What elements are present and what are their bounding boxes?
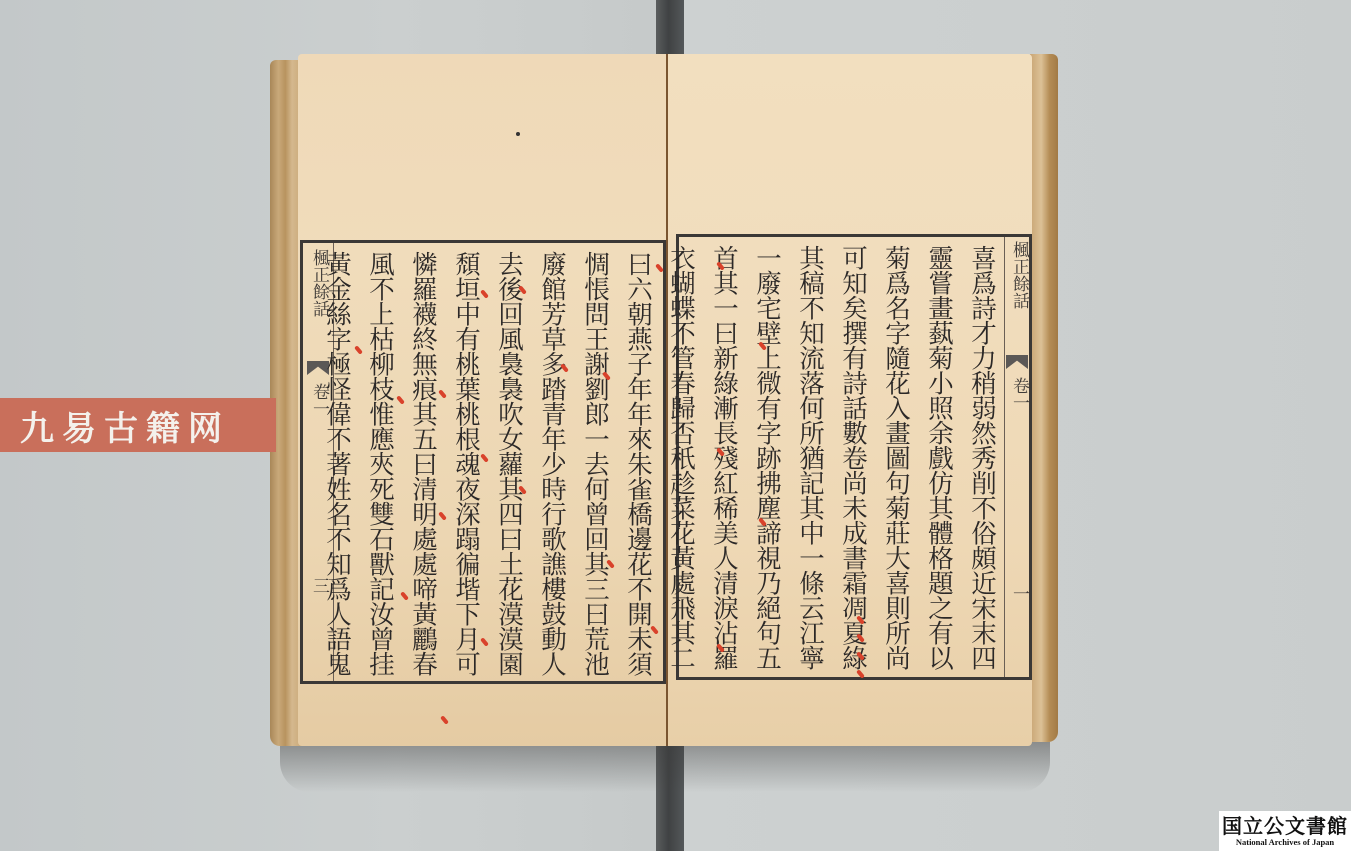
right-page-columns: 喜爲詩才力稍弱然秀削不俗頗近宋末四 靈嘗畫蓺菊小照余戲仿其體格題之有以 菊爲名字… (683, 245, 1003, 671)
left-page-columns: 曰六朝燕子年年來朱雀橋邊花不開未須 惆悵問王謝劉郎一去何曾回其三曰荒池 廢館芳草… (341, 251, 659, 675)
text-column: 首其一曰新綠漸長殘紅稀美人清淚沾羅 (702, 245, 745, 671)
margin-page-number: 一 (1007, 585, 1032, 602)
book-shadow (280, 742, 1050, 792)
text-column: 一廢宅壁上微有字跡拂塵諦視乃絕句五 (745, 245, 788, 671)
text-column: 衣蝴蝶不管春歸否秖趁菜花黃處飛其二 (659, 245, 702, 671)
archive-logo-title-en: National Archives of Japan (1236, 837, 1334, 848)
left-page-text-frame: 楓正餘話 卷一 三 曰六朝燕子年年來朱雀橋邊花不開未須 惆悵問王謝劉郎一去何曾回… (300, 240, 666, 684)
text-column: 惆悵問王謝劉郎一去何曾回其三曰荒池 (573, 251, 616, 675)
fishtail-mark-icon (1006, 355, 1028, 369)
text-column: 頹垣中有桃葉桃根魂夜深蹋徧堦下月可 (444, 251, 487, 675)
right-margin-column: 楓正餘話 卷一 一 (1004, 237, 1029, 677)
archive-logo: 国立公文書館 National Archives of Japan (1219, 811, 1351, 851)
watermark-text: 九易古籍网 (20, 401, 230, 450)
text-column: 憐羅襪終無痕其五曰清明處處啼黃鸝春 (401, 251, 444, 675)
text-column: 可知矣撰有詩話數卷尚未成書霜凋夏綠 (831, 245, 874, 671)
text-column: 黃金絲字極怪偉不著姓名不知爲人語鬼 (315, 251, 358, 675)
watermark-badge: 九易古籍网 (0, 398, 276, 452)
text-column: 菊爲名字隨花入畫圖句菊莊大喜則所尚 (874, 245, 917, 671)
text-column: 曰六朝燕子年年來朱雀橋邊花不開未須 (616, 251, 659, 675)
right-page-text-frame: 楓正餘話 卷一 一 喜爲詩才力稍弱然秀削不俗頗近宋末四 靈嘗畫蓺菊小照余戲仿其體… (676, 234, 1032, 680)
text-column: 去後回風裊裊吹女蘿其四曰土花漠漠園 (487, 251, 530, 675)
text-column: 廢館芳草多踏青年少時行歌譙樓鼓動人 (530, 251, 573, 675)
margin-title: 楓正餘話 (1007, 241, 1032, 309)
text-column: 靈嘗畫蓺菊小照余戲仿其體格題之有以 (917, 245, 960, 671)
text-column: 其稿不知流落何所猶記其中一條云江寧 (788, 245, 831, 671)
archive-logo-title-jp: 国立公文書館 (1222, 815, 1348, 837)
right-leaf-edges (1030, 54, 1058, 742)
text-column: 喜爲詩才力稍弱然秀削不俗頗近宋末四 (960, 245, 1003, 671)
text-column: 風不上枯柳枝惟應夾死雙石獸記汝曾挂 (358, 251, 401, 675)
margin-juan: 卷一 (1007, 377, 1032, 411)
open-book: 楓正餘話 卷一 三 曰六朝燕子年年來朱雀橋邊花不開未須 惆悵問王謝劉郎一去何曾回… (270, 54, 1058, 746)
ink-speck (516, 132, 520, 136)
